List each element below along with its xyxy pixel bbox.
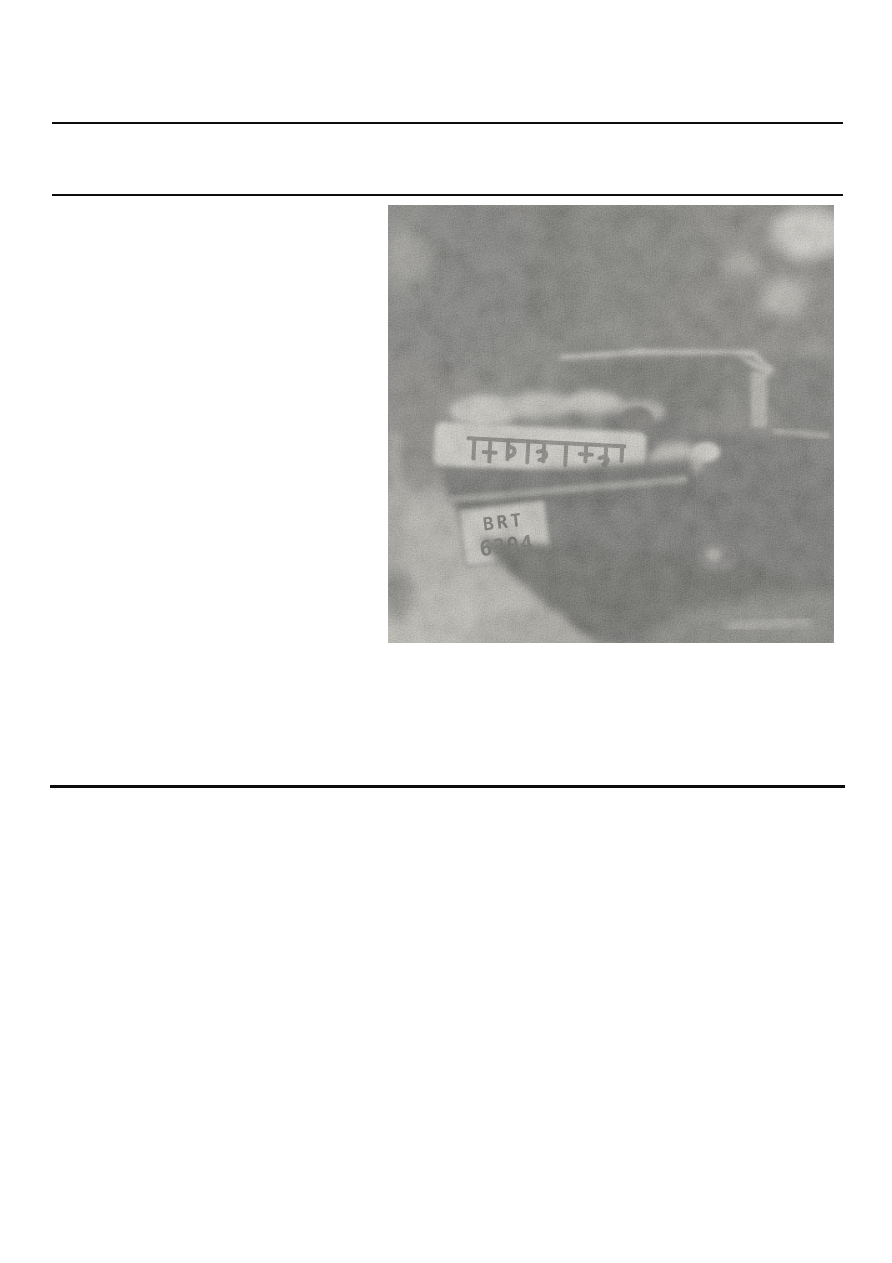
photo-grain-overlay (388, 205, 834, 643)
horizontal-rule-bottom (50, 785, 845, 788)
horizontal-rule-top (52, 122, 843, 124)
car-photo-svg: BRT 6304 (388, 205, 834, 643)
document-page: BRT 6304 (0, 0, 892, 1263)
horizontal-rule-middle (52, 194, 843, 196)
car-photograph: BRT 6304 (388, 205, 834, 643)
